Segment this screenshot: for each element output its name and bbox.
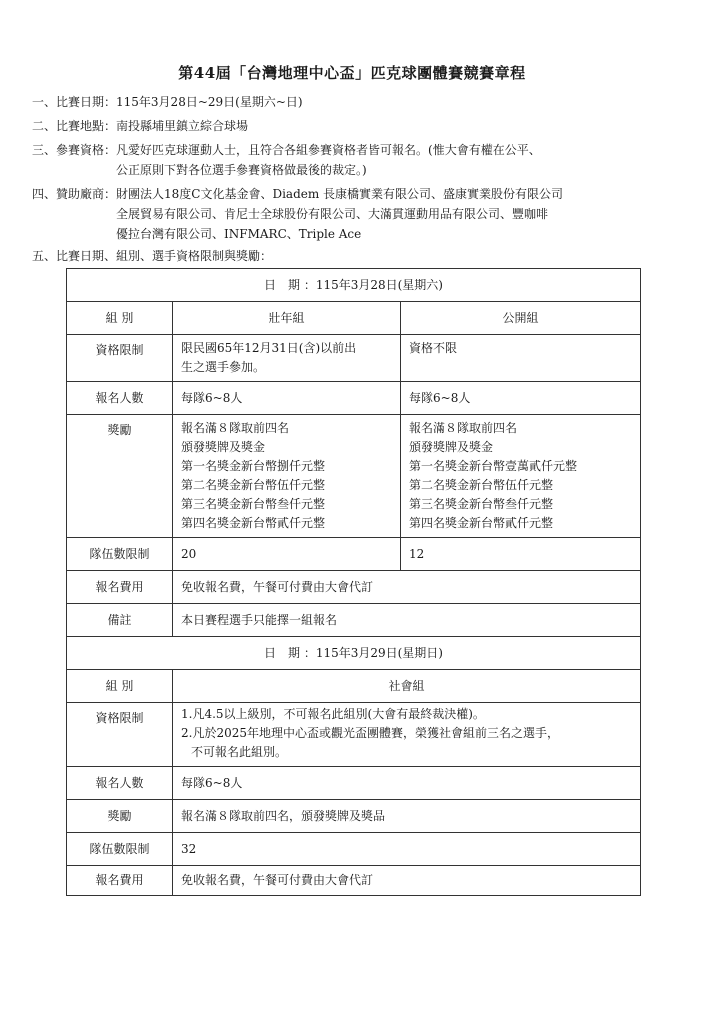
row-label: 報名費用 (67, 866, 173, 896)
open-team-size: 每隊6~8人 (401, 382, 641, 415)
section-label: 二、比賽地點： (32, 116, 116, 136)
document-title: 第44屆「台灣地理中心盃」匹克球團體賽競賽章程 (0, 62, 704, 83)
group-label: 組 別 (67, 670, 173, 703)
day1-team-limit-row: 隊伍數限制 20 12 (67, 538, 641, 571)
day1-group-row: 組 別 壯年組 公開組 (67, 302, 641, 335)
section-text: 凡愛好匹克球運動人士，且符合各組參賽資格者皆可報名。(惟大會有權在公平、 公正原… (116, 140, 541, 180)
day1-fee-row: 報名費用 免收報名費，午餐可付費由大會代訂 (67, 571, 641, 604)
community-team-size: 每隊6~8人 (173, 767, 641, 800)
row-label: 報名人數 (67, 382, 173, 415)
day2-group-row: 組 別 社會組 (67, 670, 641, 703)
group-open: 公開組 (401, 302, 641, 335)
section-match-date: 一、比賽日期： 115年3月28日~29日(星期六~日) (32, 92, 303, 112)
day1-fee: 免收報名費，午餐可付費由大會代訂 (173, 571, 641, 604)
veteran-eligibility: 限民國65年12月31日(含)以前出 生之選手參加。 (173, 335, 401, 382)
section-venue: 二、比賽地點： 南投縣埔里鎮立綜合球場 (32, 116, 248, 136)
day1-date-row: 日 期 ：115年3月28日(星期六) (67, 269, 641, 302)
section-label: 一、比賽日期： (32, 92, 116, 112)
schedule-table: 日 期 ：115年3月28日(星期六) 組 別 壯年組 公開組 資格限制 限民國… (66, 268, 641, 896)
section-schedule-heading: 五、比賽日期、組別、選手資格限制與獎勵： (32, 246, 272, 266)
day1-note-row: 備註 本日賽程選手只能擇一組報名 (67, 604, 641, 637)
community-eligibility: 1.凡4.5以上級別，不可報名此組別(大會有最終裁決權)。 2.凡於2025年地… (173, 703, 641, 767)
section-text: 財團法人18度C文化基金會、Diadem 長康橋實業有限公司、盛康實業股份有限公… (116, 184, 563, 244)
day1-awards-row: 獎勵 報名滿８隊取前四名 頒發獎牌及獎金 第一名獎金新台幣捌仟元整 第二名獎金新… (67, 415, 641, 538)
row-label: 獎勵 (67, 415, 173, 538)
section-label: 四、贊助廠商： (32, 184, 116, 244)
community-awards: 報名滿８隊取前四名，頒發獎牌及獎品 (173, 800, 641, 833)
row-label: 獎勵 (67, 800, 173, 833)
day2-date-row: 日 期 ：115年3月29日(星期日) (67, 637, 641, 670)
section-text: 115年3月28日~29日(星期六~日) (116, 92, 303, 112)
row-label: 隊伍數限制 (67, 833, 173, 866)
veteran-team-limit: 20 (173, 538, 401, 571)
day1-note: 本日賽程選手只能擇一組報名 (173, 604, 641, 637)
day2-awards-row: 獎勵 報名滿８隊取前四名，頒發獎牌及獎品 (67, 800, 641, 833)
open-awards: 報名滿８隊取前四名 頒發獎牌及獎金 第一名獎金新台幣壹萬貳仟元整 第二名獎金新台… (401, 415, 641, 538)
document-page: 第44屆「台灣地理中心盃」匹克球團體賽競賽章程 一、比賽日期： 115年3月28… (0, 0, 704, 1024)
row-label: 資格限制 (67, 703, 173, 767)
section-label: 三、參賽資格： (32, 140, 116, 180)
day2-eligibility-row: 資格限制 1.凡4.5以上級別，不可報名此組別(大會有最終裁決權)。 2.凡於2… (67, 703, 641, 767)
row-label: 資格限制 (67, 335, 173, 382)
group-veteran: 壯年組 (173, 302, 401, 335)
veteran-awards: 報名滿８隊取前四名 頒發獎牌及獎金 第一名獎金新台幣捌仟元整 第二名獎金新台幣伍… (173, 415, 401, 538)
day2-fee-row: 報名費用 免收報名費，午餐可付費由大會代訂 (67, 866, 641, 896)
day2-date-header: 日 期 ：115年3月29日(星期日) (67, 637, 641, 670)
veteran-team-size: 每隊6~8人 (173, 382, 401, 415)
section-eligibility: 三、參賽資格： 凡愛好匹克球運動人士，且符合各組參賽資格者皆可報名。(惟大會有權… (32, 140, 541, 180)
row-label: 報名人數 (67, 767, 173, 800)
section-sponsors: 四、贊助廠商： 財團法人18度C文化基金會、Diadem 長康橋實業有限公司、盛… (32, 184, 563, 244)
row-label: 報名費用 (67, 571, 173, 604)
section-text: 南投縣埔里鎮立綜合球場 (116, 116, 248, 136)
day2-team-size-row: 報名人數 每隊6~8人 (67, 767, 641, 800)
community-fee: 免收報名費，午餐可付費由大會代訂 (173, 866, 641, 896)
day2-team-limit-row: 隊伍數限制 32 (67, 833, 641, 866)
section-label: 五、比賽日期、組別、選手資格限制與獎勵： (32, 246, 272, 266)
open-eligibility: 資格不限 (401, 335, 641, 382)
row-label: 隊伍數限制 (67, 538, 173, 571)
group-community: 社會組 (173, 670, 641, 703)
day1-eligibility-row: 資格限制 限民國65年12月31日(含)以前出 生之選手參加。 資格不限 (67, 335, 641, 382)
day1-team-size-row: 報名人數 每隊6~8人 每隊6~8人 (67, 382, 641, 415)
community-team-limit: 32 (173, 833, 641, 866)
open-team-limit: 12 (401, 538, 641, 571)
group-label: 組 別 (67, 302, 173, 335)
row-label: 備註 (67, 604, 173, 637)
day1-date-header: 日 期 ：115年3月28日(星期六) (67, 269, 641, 302)
